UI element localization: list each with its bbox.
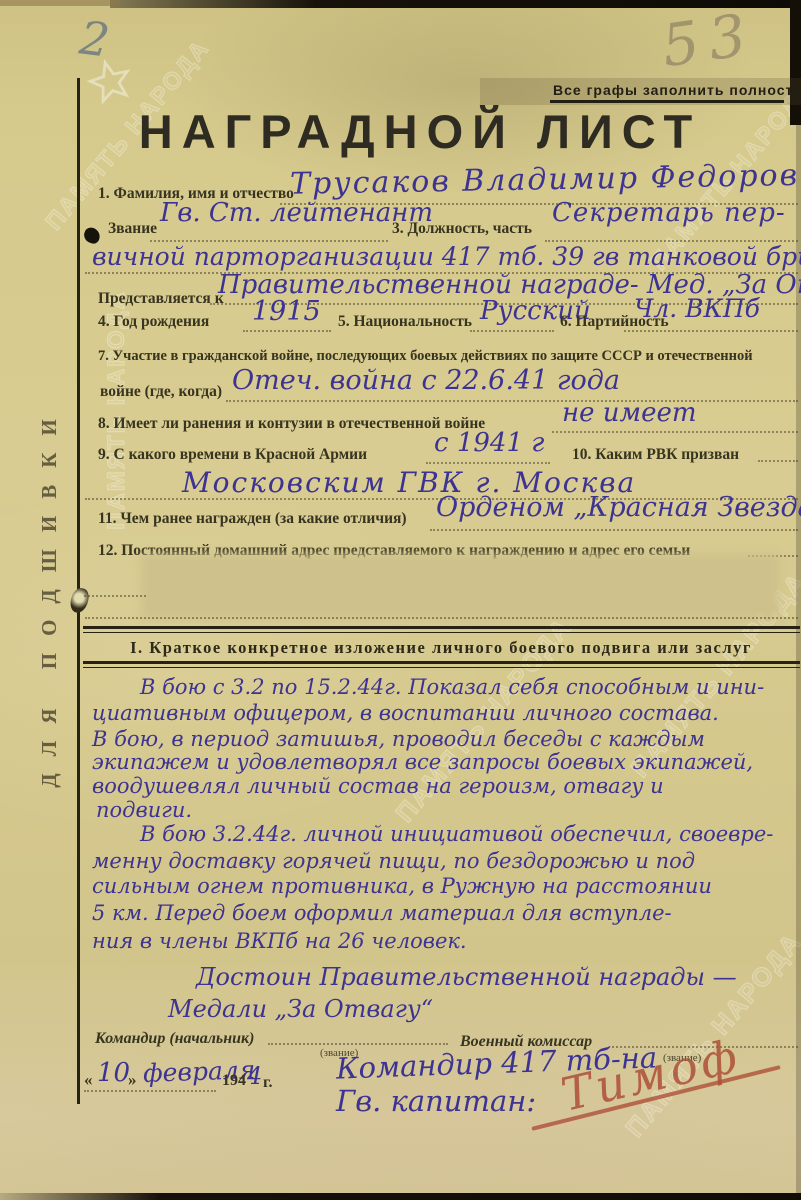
date-quote-close: » [128,1070,137,1090]
dotted-line [84,595,146,597]
notice-underline [550,100,784,103]
field-5-label: 5. Национальность [338,313,472,331]
citation-line: ния в члены ВКПб на 26 человек. [92,929,467,953]
dotted-line [624,330,798,332]
field-9-value: с 1941 г [434,428,544,458]
section-rule-top-thin [83,632,800,633]
redacted-address-block [148,561,772,612]
notice-text: Все графы заполнить полностью [553,82,801,98]
date-quote-open: « [84,1070,93,1090]
citation-line: сильным огнем противника, в Ружную на ра… [92,874,712,898]
dotted-line [470,330,554,332]
field-3-label: 3. Должность, часть [392,220,532,238]
citation-conclusion-line: Достоин Правительственной награды — [196,963,737,991]
dotted-line [748,555,798,557]
citation-line: В бою, в период затишья, проводил беседы… [92,727,705,751]
citation-line: подвиги. [96,798,192,822]
field-2-label: Звание [108,220,157,238]
scan-edge-bottom [0,1193,801,1200]
citation-line: В бою с 3.2 по 15.2.44г. Показал себя сп… [140,675,764,699]
page-title: НАГРАДНОЙ ЛИСТ [95,104,745,159]
field-8-value: не имеет [562,398,697,428]
section-header: I. Краткое конкретное изложение личного … [84,638,798,658]
date-year-suffix: г. [263,1074,272,1092]
citation-line: менну доставку горячей пищи, по бездорож… [92,849,695,873]
paper-hole [69,587,91,615]
field-7-label-line1: 7. Участие в гражданской войне, последую… [98,348,753,365]
margin-vertical-text: ДЛЯ ПОДШИВКИ [37,335,67,855]
field-10-label: 10. Каким РВК призван [572,446,739,464]
citation-line: экипажем и удовлетворял все запросы боев… [92,750,753,774]
dotted-line [430,529,798,531]
field-8-label: 8. Имеет ли ранения и контузии в отечест… [98,415,485,433]
scan-edge-top-left [0,0,120,6]
dotted-line [426,462,550,464]
field-7-value: Отеч. война с 22.6.41 года [232,365,620,396]
field-9-label: 9. С какого времени в Красной Армии [98,446,367,464]
date-day: 10 [97,1058,130,1088]
section-rule-bottom-thick [83,661,800,664]
field-4-label: 4. Год рождения [98,313,209,331]
field-3-value-start: Секретарь пер- [552,198,786,228]
signer-position-line2: Гв. капитан: [336,1084,536,1118]
date-year-printed: 194 [222,1072,246,1090]
field-3-value-continued: вичной парторганизации 417 тб. 39 гв тан… [92,242,801,271]
field-12-label: 12. Постоянный домашний адрес представля… [98,542,690,560]
dotted-line [552,431,798,433]
pencil-corner-scribble: 53 [658,0,760,80]
citation-line: воодушевлял личный состав на героизм, от… [92,774,664,798]
citation-line: 5 км. Перед боем оформил материал для вс… [92,901,672,925]
dotted-line [758,460,798,462]
dotted-line [268,1043,448,1045]
commander-label: Командир (начальник) [95,1030,254,1048]
dotted-line [226,400,798,402]
field-7-label-line2: войне (где, когда) [100,383,222,401]
dotted-line [85,617,798,619]
dotted-line [243,330,331,332]
award-sheet-scan: ПАМЯТЬ НАРОДА ПАМЯТЬ НАРОДА ПАМЯТЬ НАРОД… [0,0,801,1200]
field-4-value: 1915 [252,296,321,327]
citation-line: циативным офицером, в воспитании личного… [92,701,719,725]
citation-line: В бою 3.2.44г. личной инициативой обеспе… [140,822,773,846]
field-11-label: 11. Чем ранее награжден (за какие отличи… [98,510,407,528]
citation-conclusion-line: Медали „За Отвагу“ [168,995,433,1023]
present-label: Представляется к [98,290,224,308]
scan-edge-right [790,0,801,125]
dotted-line [84,1090,216,1092]
section-rule-top-thick [83,626,800,629]
date-year-digit: 4 [247,1062,262,1090]
field-11-value: Орденом „Красная Звезда“ [436,492,801,523]
section-rule-bottom-thin [83,667,800,668]
field-6-value: Чл. ВКПб [634,294,760,323]
